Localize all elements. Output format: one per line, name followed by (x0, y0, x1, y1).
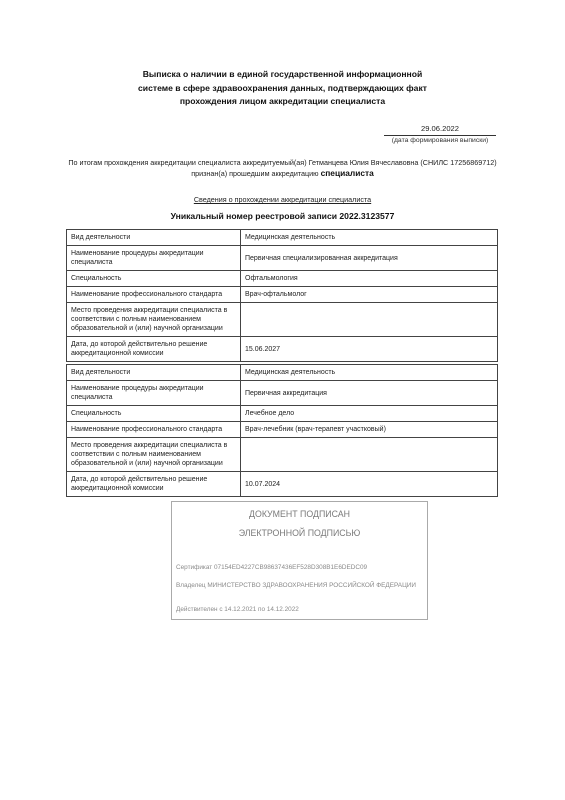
row-value: Медицинская деятельность (241, 230, 498, 246)
signature-validity: Действителен с 14.12.2021 по 14.12.2022 (176, 606, 421, 615)
document-title: Выписка о наличии в единой государственн… (0, 68, 565, 109)
signature-owner: Владелец МИНИСТЕРСТВО ЗДРАВООХРАНЕНИЯ РО… (176, 582, 421, 591)
row-label: Наименование процедуры аккредитации спец… (67, 246, 241, 271)
issue-date-block: 29.06.2022 (дата формирования выписки) (384, 124, 496, 146)
table-row: Наименование профессионального стандарта… (67, 422, 498, 438)
registry-number: Уникальный номер реестровой записи 2022.… (0, 211, 565, 221)
intro-line-2: признан(а) прошедшим аккредитацию специа… (40, 168, 525, 179)
row-label: Наименование процедуры аккредитации спец… (67, 381, 241, 406)
table-row: Наименование профессионального стандарта… (67, 287, 498, 303)
row-label: Дата, до которой действительно решение а… (67, 472, 241, 497)
row-label: Место проведения аккредитации специалист… (67, 303, 241, 337)
electronic-signature-stamp: ДОКУМЕНТ ПОДПИСАН ЭЛЕКТРОННОЙ ПОДПИСЬЮ С… (171, 501, 428, 620)
table-row: Специальность Офтальмология (67, 271, 498, 287)
row-label: Вид деятельности (67, 230, 241, 246)
row-value: Врач-офтальмолог (241, 287, 498, 303)
table-row: Вид деятельности Медицинская деятельност… (67, 230, 498, 246)
table-row: Место проведения аккредитации специалист… (67, 303, 498, 337)
signature-certificate: Сертификат 07154ED4227CB98637436EF528D30… (176, 564, 421, 573)
row-value: Лечебное дело (241, 406, 498, 422)
table-row: Место проведения аккредитации специалист… (67, 438, 498, 472)
row-value: 10.07.2024 (241, 472, 498, 497)
section-title: Сведения о прохождении аккредитации спец… (0, 195, 565, 204)
table-row: Дата, до которой действительно решение а… (67, 337, 498, 362)
row-label: Дата, до которой действительно решение а… (67, 337, 241, 362)
row-value (241, 438, 498, 472)
intro-line-2-prefix: признан(а) прошедшим аккредитацию (191, 169, 318, 178)
row-value: Медицинская деятельность (241, 365, 498, 381)
row-value: 15.06.2027 (241, 337, 498, 362)
table-row: Наименование процедуры аккредитации спец… (67, 381, 498, 406)
row-value (241, 303, 498, 337)
table-row: Дата, до которой действительно решение а… (67, 472, 498, 497)
row-value: Офтальмология (241, 271, 498, 287)
row-value: Первичная аккредитация (241, 381, 498, 406)
row-label: Специальность (67, 271, 241, 287)
row-value: Первичная специализированная аккредитаци… (241, 246, 498, 271)
table-row: Наименование процедуры аккредитации спец… (67, 246, 498, 271)
title-line: прохождения лицом аккредитации специалис… (0, 95, 565, 109)
accreditation-table-2: Вид деятельности Медицинская деятельност… (66, 364, 498, 497)
row-label: Наименование профессионального стандарта (67, 422, 241, 438)
issue-date: 29.06.2022 (384, 124, 496, 136)
table-row: Специальность Лечебное дело (67, 406, 498, 422)
intro-line-1: По итогам прохождения аккредитации специ… (40, 157, 525, 168)
intro-text: По итогам прохождения аккредитации специ… (40, 157, 525, 179)
signature-heading-1: ДОКУМЕНТ ПОДПИСАН (172, 509, 427, 519)
table-row: Вид деятельности Медицинская деятельност… (67, 365, 498, 381)
issue-date-caption: (дата формирования выписки) (384, 136, 496, 146)
row-label: Специальность (67, 406, 241, 422)
signature-heading-2: ЭЛЕКТРОННОЙ ПОДПИСЬЮ (172, 528, 427, 538)
title-line: системе в сфере здравоохранения данных, … (0, 82, 565, 96)
row-label: Место проведения аккредитации специалист… (67, 438, 241, 472)
title-line: Выписка о наличии в единой государственн… (0, 68, 565, 82)
row-label: Наименование профессионального стандарта (67, 287, 241, 303)
intro-line-2-bold: специалиста (321, 168, 374, 178)
accreditation-table-1: Вид деятельности Медицинская деятельност… (66, 229, 498, 362)
row-value: Врач-лечебник (врач-терапевт участковый) (241, 422, 498, 438)
row-label: Вид деятельности (67, 365, 241, 381)
